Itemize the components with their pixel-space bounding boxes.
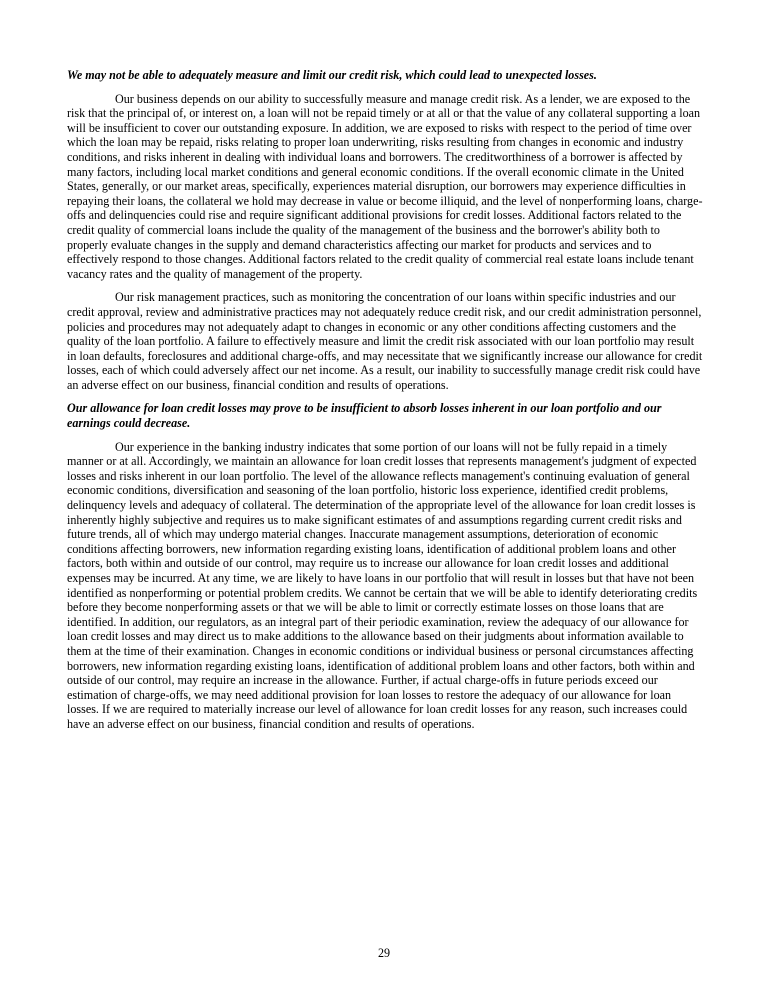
- paragraph: Our risk management practices, such as m…: [67, 290, 703, 392]
- section-heading: We may not be able to adequately measure…: [67, 68, 703, 83]
- risk-factor-allowance: Our allowance for loan credit losses may…: [67, 401, 703, 731]
- section-heading: Our allowance for loan credit losses may…: [67, 401, 703, 430]
- paragraph: Our business depends on our ability to s…: [67, 92, 703, 282]
- paragraph: Our experience in the banking industry i…: [67, 440, 703, 732]
- document-page: We may not be able to adequately measure…: [67, 68, 703, 741]
- risk-factor-credit-risk: We may not be able to adequately measure…: [67, 68, 703, 392]
- page-number: 29: [0, 946, 768, 961]
